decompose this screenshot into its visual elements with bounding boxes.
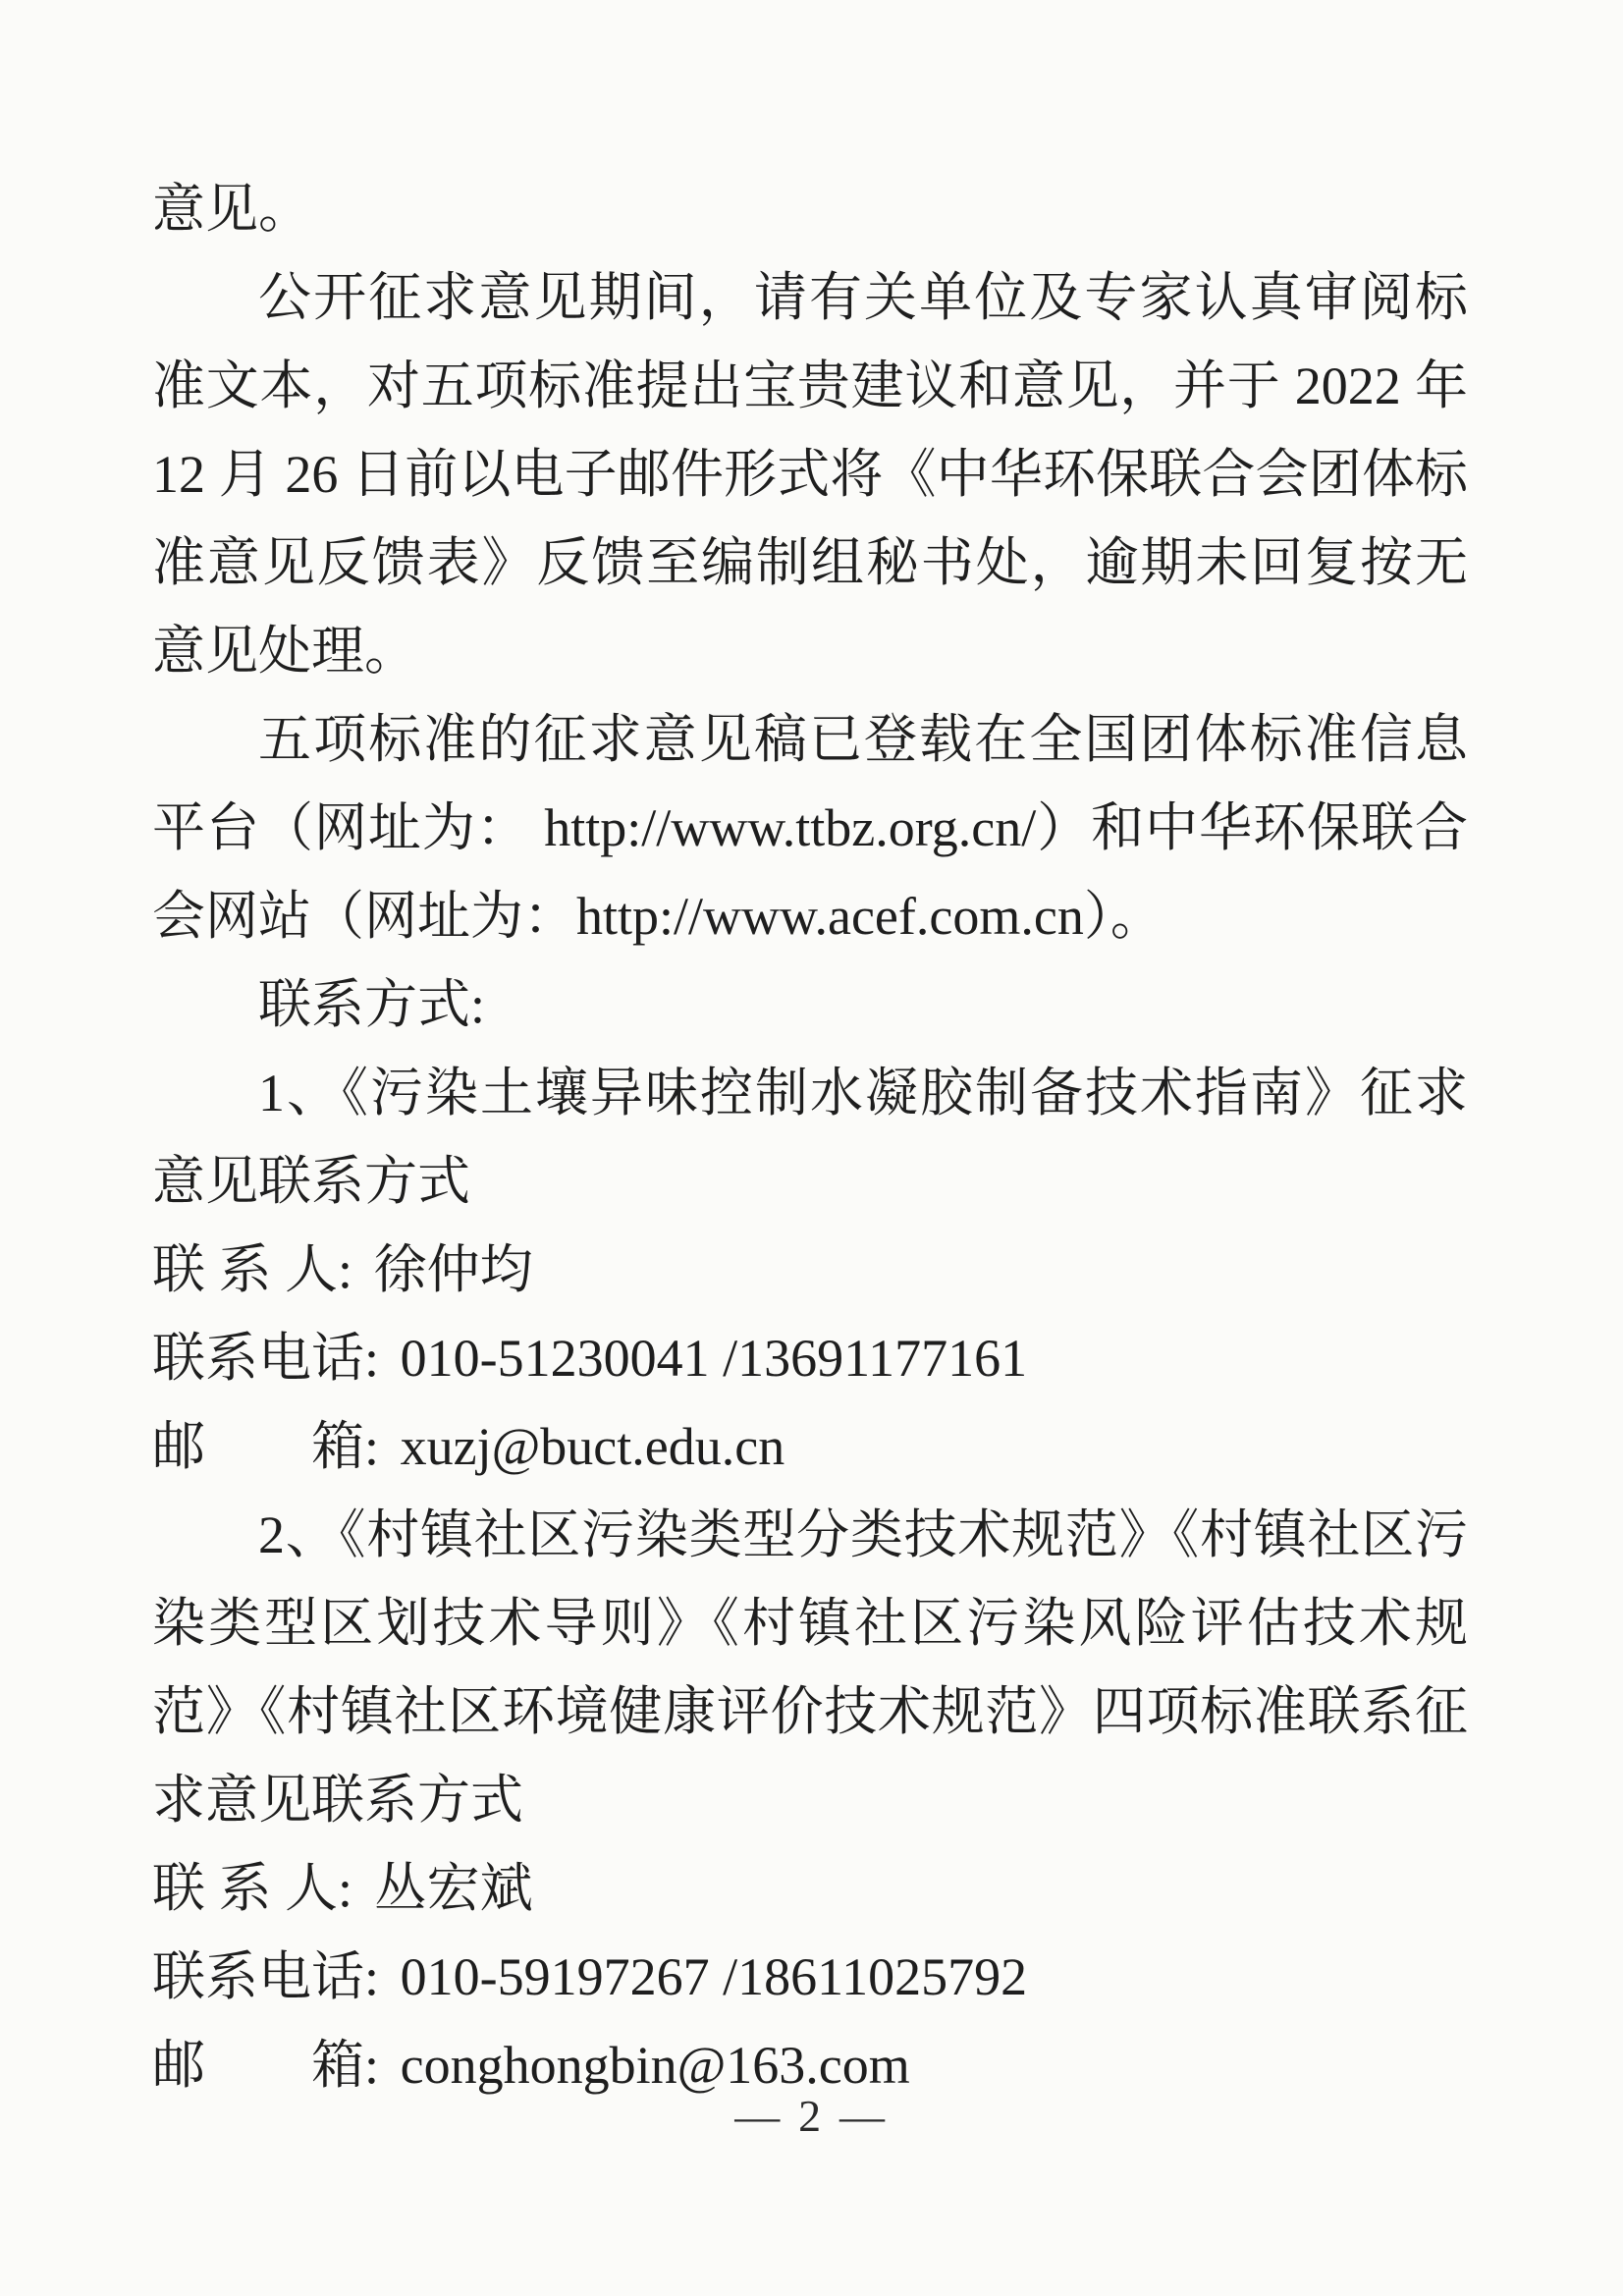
paragraph-continuation: 意见。 bbox=[152, 165, 1468, 253]
item1-contact-name-line: 联 系 人:徐仲均 bbox=[152, 1226, 1468, 1314]
item2-phone-label: 联系电话: bbox=[152, 1947, 379, 2006]
item2-email-value: conghongbin@163.com bbox=[401, 2036, 910, 2095]
scanned-document-page: 意见。 公开征求意见期间，请有关单位及专家认真审阅标准文本，对五项标准提出宝贵建… bbox=[0, 0, 1623, 2296]
item2-standards-heading: 2、《村镇社区污染类型分类技术规范》《村镇社区污染类型区划技术导则》《村镇社区污… bbox=[152, 1491, 1468, 1844]
item2-phone-value: 010-59197267 /18611025792 bbox=[401, 1947, 1027, 2006]
item2-contact-name-label: 联 系 人: bbox=[152, 1859, 352, 1918]
letter-body: 意见。 公开征求意见期间，请有关单位及专家认真审阅标准文本，对五项标准提出宝贵建… bbox=[152, 165, 1468, 2109]
item1-email-line: 邮 箱:xuzj@buct.edu.cn bbox=[152, 1402, 1468, 1491]
item1-phone-label: 联系电话: bbox=[152, 1329, 379, 1388]
item1-contact-name-value: 徐仲均 bbox=[374, 1240, 533, 1299]
item1-standard-heading: 1、《污染土壤异味控制水凝胶制备技术指南》征求意见联系方式 bbox=[152, 1049, 1468, 1226]
item1-email-value: xuzj@buct.edu.cn bbox=[401, 1417, 785, 1476]
paragraph-publication-platforms: 五项标准的征求意见稿已登载在全国团体标准信息平台（网址为： http://www… bbox=[152, 695, 1468, 960]
item1-email-label: 邮 箱: bbox=[152, 1417, 379, 1476]
paragraph-review-request: 公开征求意见期间，请有关单位及专家认真审阅标准文本，对五项标准提出宝贵建议和意见… bbox=[152, 253, 1468, 695]
item1-contact-name-label: 联 系 人: bbox=[152, 1240, 352, 1299]
item2-contact-name-value: 丛宏斌 bbox=[374, 1859, 533, 1918]
item1-phone-line: 联系电话:010-51230041 /13691177161 bbox=[152, 1314, 1468, 1402]
item2-contact-name-line: 联 系 人:丛宏斌 bbox=[152, 1844, 1468, 1933]
contact-section-heading: 联系方式: bbox=[152, 960, 1468, 1049]
item2-email-label: 邮 箱: bbox=[152, 2036, 379, 2095]
item1-phone-value: 010-51230041 /13691177161 bbox=[401, 1329, 1027, 1388]
item2-phone-line: 联系电话:010-59197267 /18611025792 bbox=[152, 1933, 1468, 2021]
page-number: — 2 — bbox=[0, 2090, 1623, 2142]
